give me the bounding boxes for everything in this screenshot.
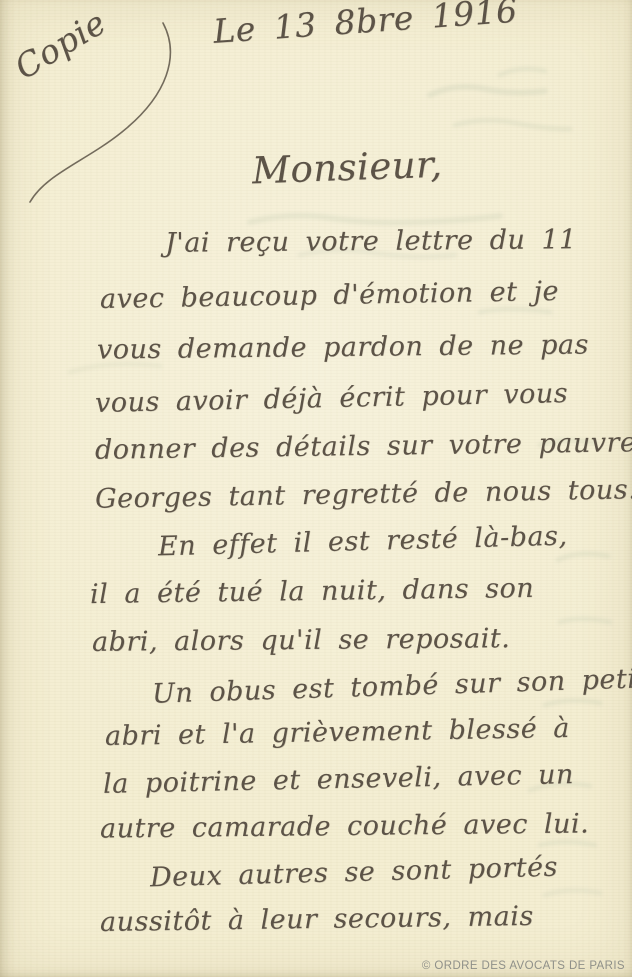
letter-line: abri, alors qu'il se reposait. (92, 623, 510, 658)
letter-line: J'ai reçu votre lettre du 11 (165, 224, 577, 259)
letter-line: aussitôt à leur secours, mais (100, 901, 534, 938)
letter-line: vous demande pardon de ne pas (97, 329, 589, 365)
letter-line: il a été tué la nuit, dans son (90, 573, 535, 610)
letter-page: Copie Le 13 8bre 1916 Monsieur, J'ai reç… (0, 0, 632, 977)
copyright-notice: © ORDRE DES AVOCATS DE PARIS (422, 960, 625, 972)
letter-line: autre camarade couché avec lui. (100, 808, 589, 844)
salutation: Monsieur, (251, 143, 443, 193)
